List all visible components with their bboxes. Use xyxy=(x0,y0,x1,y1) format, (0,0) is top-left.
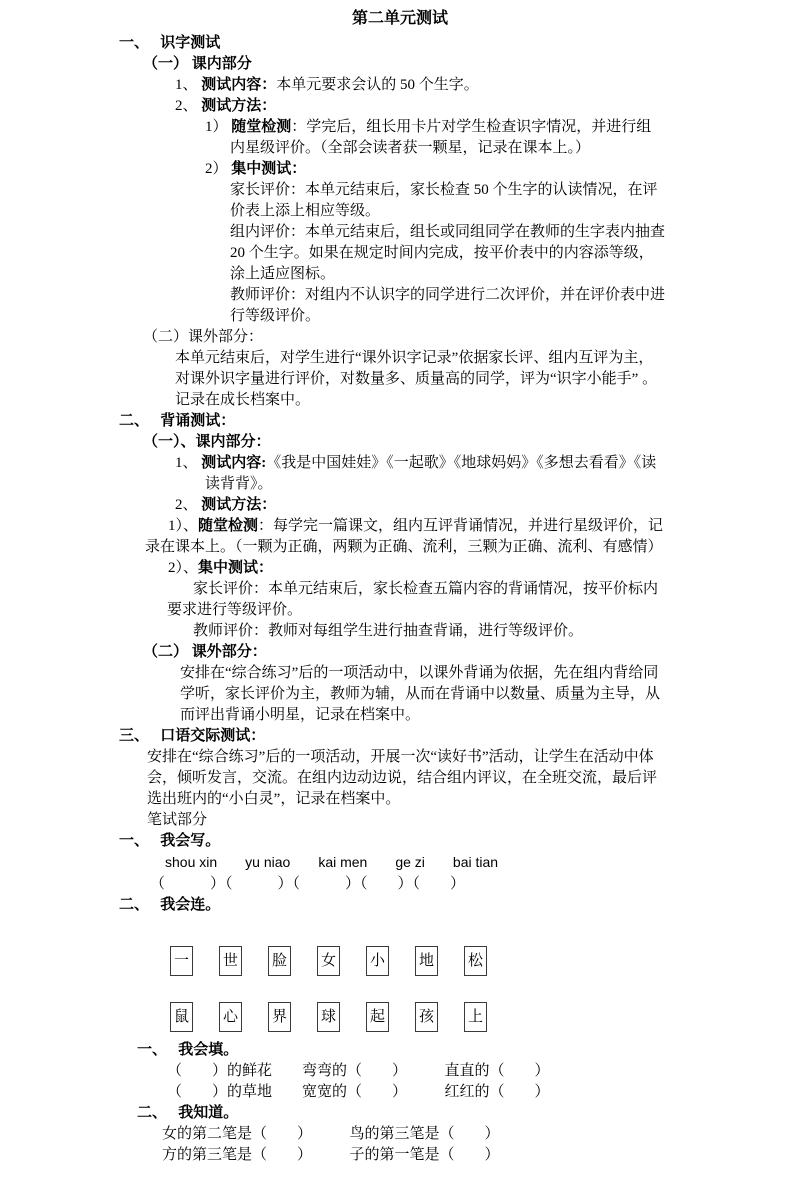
heading-wohuitian: 一、 我会填。 xyxy=(0,1040,800,1061)
text: yu niao xyxy=(245,854,290,870)
page-title: 第二单元测试 xyxy=(0,8,800,30)
heading-wozhidao: 二、 我知道。 xyxy=(0,1103,800,1124)
char-box: 起 xyxy=(366,1002,389,1032)
text: 教师评价：教师对每组学生进行抽查背诵，进行等级评价。 xyxy=(193,623,583,639)
bold-text: 集中测试： xyxy=(198,560,273,576)
bold-text: 一、 我会填。 xyxy=(137,1042,238,1058)
bold-text: 一、 识字测试 xyxy=(119,35,220,51)
char-box: 女 xyxy=(317,946,340,976)
document-body: 一、 识字测试（一） 课内部分1、 测试内容：本单元要求会认的 50 个生字。2… xyxy=(0,33,800,1166)
heading-wohuixie: 一、 我会写。 xyxy=(0,831,800,852)
text: 1）、 xyxy=(168,518,198,534)
know-line-2: 方的第三笔是（ ） 子的第一笔是（ ） xyxy=(0,1145,800,1166)
text: 2、 xyxy=(175,98,201,114)
char-box: 鼠 xyxy=(170,1002,193,1032)
heading-kenei-bufen: （一） 课内部分 xyxy=(0,54,800,75)
text: 《我是中国娃娃》《一起歌》《地球妈妈》《多想去看看》《读读背背》。 xyxy=(205,455,656,492)
bold-text: 二、 背诵测试： xyxy=(119,413,235,429)
text: 家长评价：本单元结束后，家长检查五篇内容的背诵情况，按平价标内要求进行等级评价。 xyxy=(167,581,658,618)
bold-text: 一、 我会写。 xyxy=(119,833,220,849)
text: 安排在“综合练习”后的一项活动，开展一次“读好书”活动，让学生在活动中体会，倾听… xyxy=(147,749,657,807)
bold-text: 测试方法： xyxy=(201,497,276,513)
para-kouyu-jiaoji: 安排在“综合练习”后的一项活动，开展一次“读好书”活动，让学生在活动中体会，倾听… xyxy=(0,747,800,810)
char-box: 一 xyxy=(170,946,193,976)
char-box: 心 xyxy=(219,1002,242,1032)
para-jiazhang-pingjia: 家长评价：本单元结束后，家长检查 50 个生字的认读情况，在评价表上添上相应等级… xyxy=(0,180,800,222)
paren-answer-line: （ ）（ ）（ ）（ ）（ ） xyxy=(0,874,800,895)
bold-text: 测试方法： xyxy=(201,98,276,114)
bold-text: （二） 课外部分： xyxy=(143,644,267,660)
bold-text: 测试内容： xyxy=(201,77,276,93)
text: kai men xyxy=(318,854,367,870)
bold-text: 二、 我会连。 xyxy=(119,897,220,913)
pinyin-line: shou xinyu niaokai menge zibai tian xyxy=(0,852,800,874)
char-box: 上 xyxy=(464,1002,487,1032)
para-kewai-shizi: 本单元结束后，对学生进行“课外识字记录”依据家长评、组内互评为主，对课外识字量进… xyxy=(0,348,800,411)
para-jiaoshi-pingjia-2: 教师评价：教师对每组学生进行抽查背诵，进行等级评价。 xyxy=(0,621,800,642)
text: 本单元要求会认的 50 个生字。 xyxy=(276,77,479,93)
char-box: 世 xyxy=(219,946,242,976)
heading-shizi-ceshi: 一、 识字测试 xyxy=(0,33,800,54)
heading-wohuilian: 二、 我会连。 xyxy=(0,895,800,916)
text: 2）、 xyxy=(168,560,198,576)
bold-text: 随堂检测 xyxy=(231,119,291,135)
item-ceshi-fangfa: 2、 测试方法： xyxy=(0,96,800,117)
bold-text: 集中测试： xyxy=(231,161,306,177)
bold-text: （一） 课内部分 xyxy=(143,56,252,72)
char-box: 地 xyxy=(415,946,438,976)
item-ceshi-neirong: 1、 测试内容：本单元要求会认的 50 个生字。 xyxy=(0,75,800,96)
text: bai tian xyxy=(453,854,498,870)
heading-beisong-ceshi: 二、 背诵测试： xyxy=(0,411,800,432)
text: （ ）的草地 宽宽的（ ） 红红的（ ） xyxy=(167,1084,550,1100)
para-kewai-beisong: 安排在“综合练习”后的一项活动中，以课外背诵为依据，先在组内背给同学听，家长评价… xyxy=(0,663,800,726)
item-jizhong-ceshi: 2） 集中测试： xyxy=(0,159,800,180)
text: shou xin xyxy=(165,854,217,870)
item-suitang-jiance: 1） 随堂检测：学完后，组长用卡片对学生检查识字情况，并进行组内星级评价。（全部… xyxy=(0,117,800,159)
char-box: 小 xyxy=(366,946,389,976)
char-box: 孩 xyxy=(415,1002,438,1032)
text: ：学完后，组长用卡片对学生检查识字情况，并进行组内星级评价。（全部会读者获一颗星… xyxy=(230,119,651,156)
heading-kouyu-jiaoji: 三、 口语交际测试： xyxy=(0,726,800,747)
char-boxes-row-1: 一世脸女小地松 xyxy=(0,946,800,976)
item-ceshi-fangfa-2: 2、 测试方法： xyxy=(0,495,800,516)
know-line-1: 女的第二笔是（ ） 鸟的第三笔是（ ） xyxy=(0,1124,800,1145)
item-suitang-jiance-2: 1）、随堂检测：每学完一篇课文，组内互评背诵情况，并进行星级评价，记录在课本上。… xyxy=(0,516,800,558)
bold-text: 二、 我知道。 xyxy=(137,1105,238,1121)
text: （二）课外部分： xyxy=(143,329,263,345)
document-page: 第二单元测试 一、 识字测试（一） 课内部分1、 测试内容：本单元要求会认的 5… xyxy=(0,0,800,1166)
bold-text: 测试内容: xyxy=(201,455,266,471)
heading-kewai-bufen-2: （二） 课外部分： xyxy=(0,642,800,663)
text: 家长评价：本单元结束后，家长检查 50 个生字的认读情况，在评价表上添上相应等级… xyxy=(230,182,658,219)
text: 安排在“综合练习”后的一项活动中，以课外背诵为依据，先在组内背给同学听，家长评价… xyxy=(180,665,660,723)
para-jiaoshi-pingjia: 教师评价：对组内不认识字的同学进行二次评价，并在评价表中进行等级评价。 xyxy=(0,285,800,327)
text: 1、 xyxy=(175,77,201,93)
char-box: 球 xyxy=(317,1002,340,1032)
text: 教师评价：对组内不认识字的同学进行二次评价，并在评价表中进行等级评价。 xyxy=(230,287,665,324)
text: 2、 xyxy=(175,497,201,513)
text: 方的第三笔是（ ） 子的第一笔是（ ） xyxy=(162,1147,500,1163)
text: 1、 xyxy=(175,455,201,471)
para-jiazhang-pingjia-2: 家长评价：本单元结束后，家长检查五篇内容的背诵情况，按平价标内要求进行等级评价。 xyxy=(0,579,800,621)
bold-text: 随堂检测 xyxy=(198,518,258,534)
heading-kewai-bufen: （二）课外部分： xyxy=(0,327,800,348)
char-boxes-row-2: 鼠心界球起孩上 xyxy=(0,1002,800,1032)
text: 笔试部分 xyxy=(147,812,207,828)
fill-line-1: （ ）的鲜花 弯弯的（ ） 直直的（ ） xyxy=(0,1061,800,1082)
bold-text: 三、 口语交际测试： xyxy=(119,728,265,744)
bold-text: （一）、课内部分： xyxy=(143,434,271,450)
fill-line-2: （ ）的草地 宽宽的（ ） 红红的（ ） xyxy=(0,1082,800,1103)
char-box: 松 xyxy=(464,946,487,976)
text: 组内评价：本单元结束后，组长或同组同学在教师的生字表内抽查 20 个生字。如果在… xyxy=(230,224,669,282)
text: （ ）的鲜花 弯弯的（ ） 直直的（ ） xyxy=(167,1063,550,1079)
label-bishi-bufen: 笔试部分 xyxy=(0,810,800,831)
text: 本单元结束后，对学生进行“课外识字记录”依据家长评、组内互评为主，对课外识字量进… xyxy=(175,350,657,408)
text: 女的第二笔是（ ） 鸟的第三笔是（ ） xyxy=(162,1126,500,1142)
item-jizhong-ceshi-2: 2）、集中测试： xyxy=(0,558,800,579)
char-box: 脸 xyxy=(268,946,291,976)
para-zunei-pingjia: 组内评价：本单元结束后，组长或同组同学在教师的生字表内抽查 20 个生字。如果在… xyxy=(0,222,800,285)
char-box: 界 xyxy=(268,1002,291,1032)
text: ge zi xyxy=(395,854,425,870)
text: （ ）（ ）（ ）（ ）（ ） xyxy=(150,876,465,892)
text: 1） xyxy=(205,119,231,135)
heading-kenei-bufen-2: （一）、课内部分： xyxy=(0,432,800,453)
text: 2） xyxy=(205,161,231,177)
item-ceshi-neirong-2: 1、 测试内容:《我是中国娃娃》《一起歌》《地球妈妈》《多想去看看》《读读背背》… xyxy=(0,453,800,495)
